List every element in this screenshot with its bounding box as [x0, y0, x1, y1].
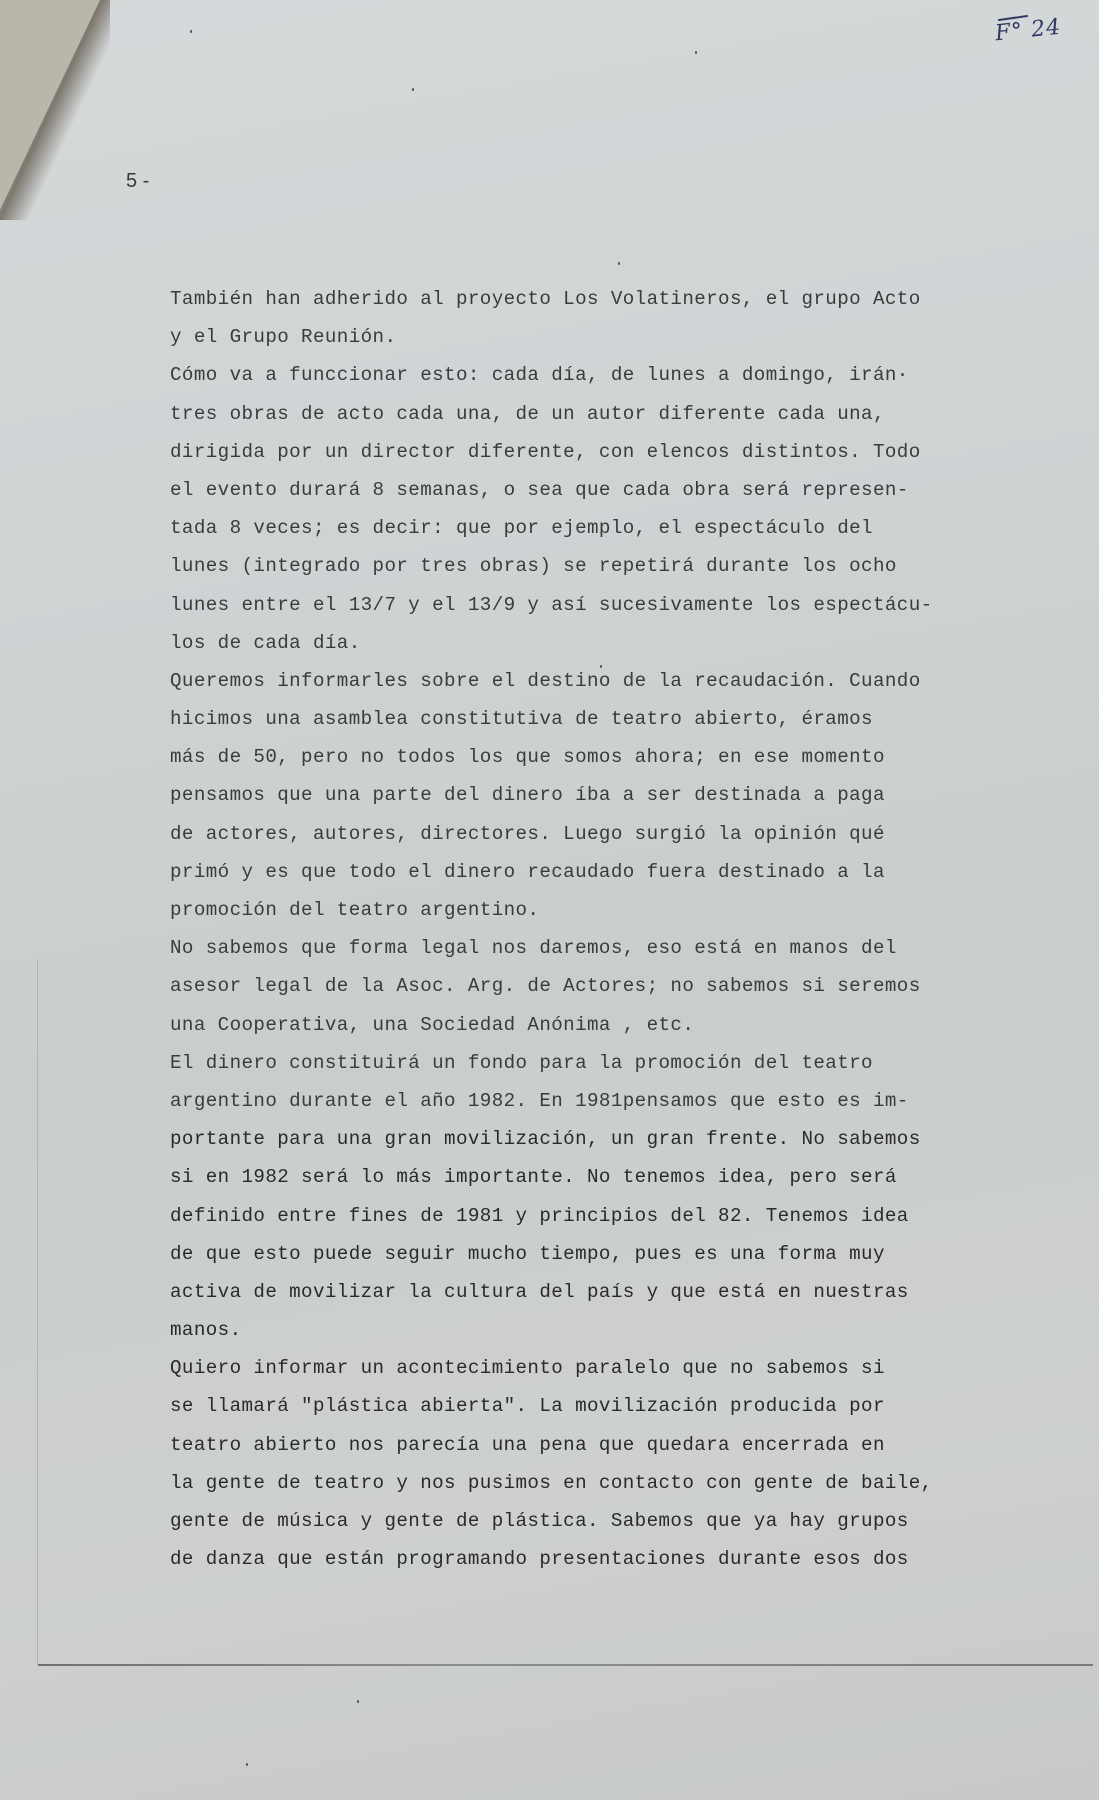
- text-line: promoción del teatro argentino.: [170, 891, 1070, 929]
- text-line: asesor legal de la Asoc. Arg. de Actores…: [170, 967, 1070, 1005]
- text-line: Cómo va a funccionar esto: cada día, de …: [170, 356, 1070, 394]
- text-line: si en 1982 será lo más importante. No te…: [170, 1158, 1070, 1196]
- underlying-sheet-corner: [0, 0, 100, 210]
- text-line: de actores, autores, directores. Luego s…: [170, 815, 1070, 853]
- paper-speck: [695, 51, 697, 54]
- paper-speck: [357, 1700, 359, 1703]
- text-line: definido entre fines de 1981 y principio…: [170, 1197, 1070, 1235]
- text-line: el evento durará 8 semanas, o sea que ca…: [170, 471, 1070, 509]
- paper-speck: [412, 88, 414, 91]
- handwritten-folio-mark: F° 24: [994, 15, 1063, 47]
- text-line: más de 50, pero no todos los que somos a…: [170, 738, 1070, 776]
- text-line: hicimos una asamblea constitutiva de tea…: [170, 700, 1070, 738]
- text-line: lunes entre el 13/7 y el 13/9 y así suce…: [170, 586, 1070, 624]
- text-line: primó y es que todo el dinero recaudado …: [170, 853, 1070, 891]
- text-line: una Cooperativa, una Sociedad Anónima , …: [170, 1006, 1070, 1044]
- text-line: activa de movilizar la cultura del país …: [170, 1273, 1070, 1311]
- text-line: pensamos que una parte del dinero íba a …: [170, 776, 1070, 814]
- text-line: teatro abierto nos parecía una pena que …: [170, 1426, 1070, 1464]
- text-line: El dinero constituirá un fondo para la p…: [170, 1044, 1070, 1082]
- document-page: F° 24 5 - También han adherido al proyec…: [0, 0, 1099, 1800]
- text-line: tres obras de acto cada una, de un autor…: [170, 395, 1070, 433]
- text-line: de danza que están programando presentac…: [170, 1540, 1070, 1578]
- page-number: 5 -: [126, 170, 149, 193]
- sheet-bottom-edge: [38, 1664, 1093, 1666]
- text-line: se llamará "plástica abierta". La movili…: [170, 1387, 1070, 1425]
- paper-speck: [246, 1763, 248, 1766]
- page-edge-line: [37, 960, 38, 1665]
- paper-speck: [190, 30, 192, 33]
- text-line: los de cada día.: [170, 624, 1070, 662]
- paper-speck: [618, 262, 620, 265]
- text-line: portante para una gran movilización, un …: [170, 1120, 1070, 1158]
- text-line: También han adherido al proyecto Los Vol…: [170, 280, 1070, 318]
- text-line: dirigida por un director diferente, con …: [170, 433, 1070, 471]
- text-line: la gente de teatro y nos pusimos en cont…: [170, 1464, 1070, 1502]
- text-line: y el Grupo Reunión.: [170, 318, 1070, 356]
- paper-speck: [600, 665, 602, 668]
- text-line: argentino durante el año 1982. En 1981pe…: [170, 1082, 1070, 1120]
- text-line: Queremos informarles sobre el destino de…: [170, 662, 1070, 700]
- text-line: gente de música y gente de plástica. Sab…: [170, 1502, 1070, 1540]
- typewritten-body: También han adherido al proyecto Los Vol…: [170, 280, 1070, 1578]
- text-line: lunes (integrado por tres obras) se repe…: [170, 547, 1070, 585]
- text-line: No sabemos que forma legal nos daremos, …: [170, 929, 1070, 967]
- text-line: de que esto puede seguir mucho tiempo, p…: [170, 1235, 1070, 1273]
- text-line: manos.: [170, 1311, 1070, 1349]
- text-line: tada 8 veces; es decir: que por ejemplo,…: [170, 509, 1070, 547]
- text-line: Quiero informar un acontecimiento parale…: [170, 1349, 1070, 1387]
